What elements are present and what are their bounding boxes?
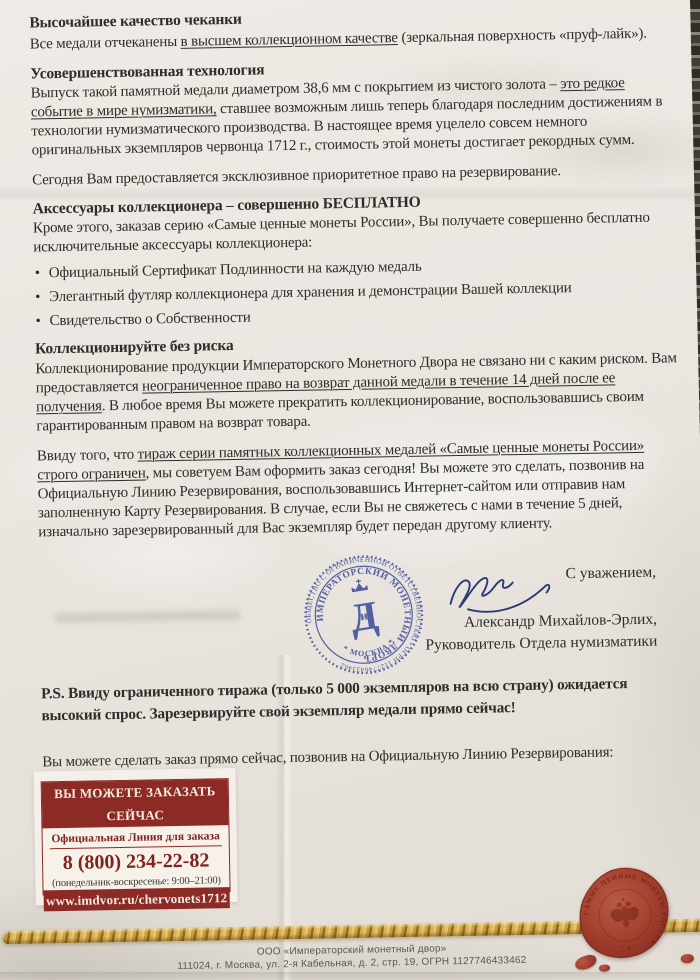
ps-note: P.S. Ввиду ограниченного тиража (только … xyxy=(41,672,690,727)
letter-photo: Высочайшее качество чеканки Все медали о… xyxy=(0,0,700,980)
order-website-url: www.imdvor.ru/chervonets1712 xyxy=(44,887,230,911)
paragraph-limited-edition: Ввиду того, что тираж серии памятных кол… xyxy=(37,436,687,542)
bullet-list: Официальный Сертификат Подлинности на ка… xyxy=(34,253,683,336)
signer-title: Руководитель Отдела нумизматики xyxy=(425,631,657,657)
wax-droplet xyxy=(599,965,610,972)
order-intro-line: Вы можете сделать заказ прямо сейчас, по… xyxy=(42,742,690,772)
paragraph-exclusive-right: Сегодня Вам предоставляется эксклюзивное… xyxy=(32,160,680,190)
closing-block: С уважением, Александр Михайлов-Эрлих, Р… xyxy=(424,562,657,657)
company-stamp: ОБЩЕСТВО С ОГРАНИЧЕННОЙ ОТВЕТСТВЕННОСТЬЮ… xyxy=(302,553,426,677)
order-box: ВЫ МОЖЕТЕ ЗАКАЗАТЬ СЕЙЧАС Официальная Ли… xyxy=(41,778,231,895)
closing-salutation: С уважением, xyxy=(424,562,656,588)
order-box-sticker: ВЫ МОЖЕТЕ ЗАКАЗАТЬ СЕЙЧАС Официальная Ли… xyxy=(33,768,237,906)
letter-paper: Высочайшее качество чеканки Все медали о… xyxy=(0,0,700,980)
order-phone-number: 8 (800) 234-22-82 xyxy=(43,846,229,877)
order-line-label: Официальная Линия для заказа xyxy=(42,825,228,845)
order-box-header: ВЫ МОЖЕТЕ ЗАКАЗАТЬ СЕЙЧАС xyxy=(42,779,229,828)
paragraph-improved-technology: Выпуск такой памятной медали диаметром 3… xyxy=(30,73,679,160)
reverse-side-print-bleed xyxy=(55,610,241,623)
wax-droplet xyxy=(681,954,694,963)
paragraph-no-risk: Коллекционирование продукции Императорск… xyxy=(35,349,684,436)
wax-seal: САМЫЕ ЦЕННЫЕ МОНЕТЫ РОССИИ xyxy=(572,862,678,968)
stamp-crown-icon xyxy=(350,578,368,592)
